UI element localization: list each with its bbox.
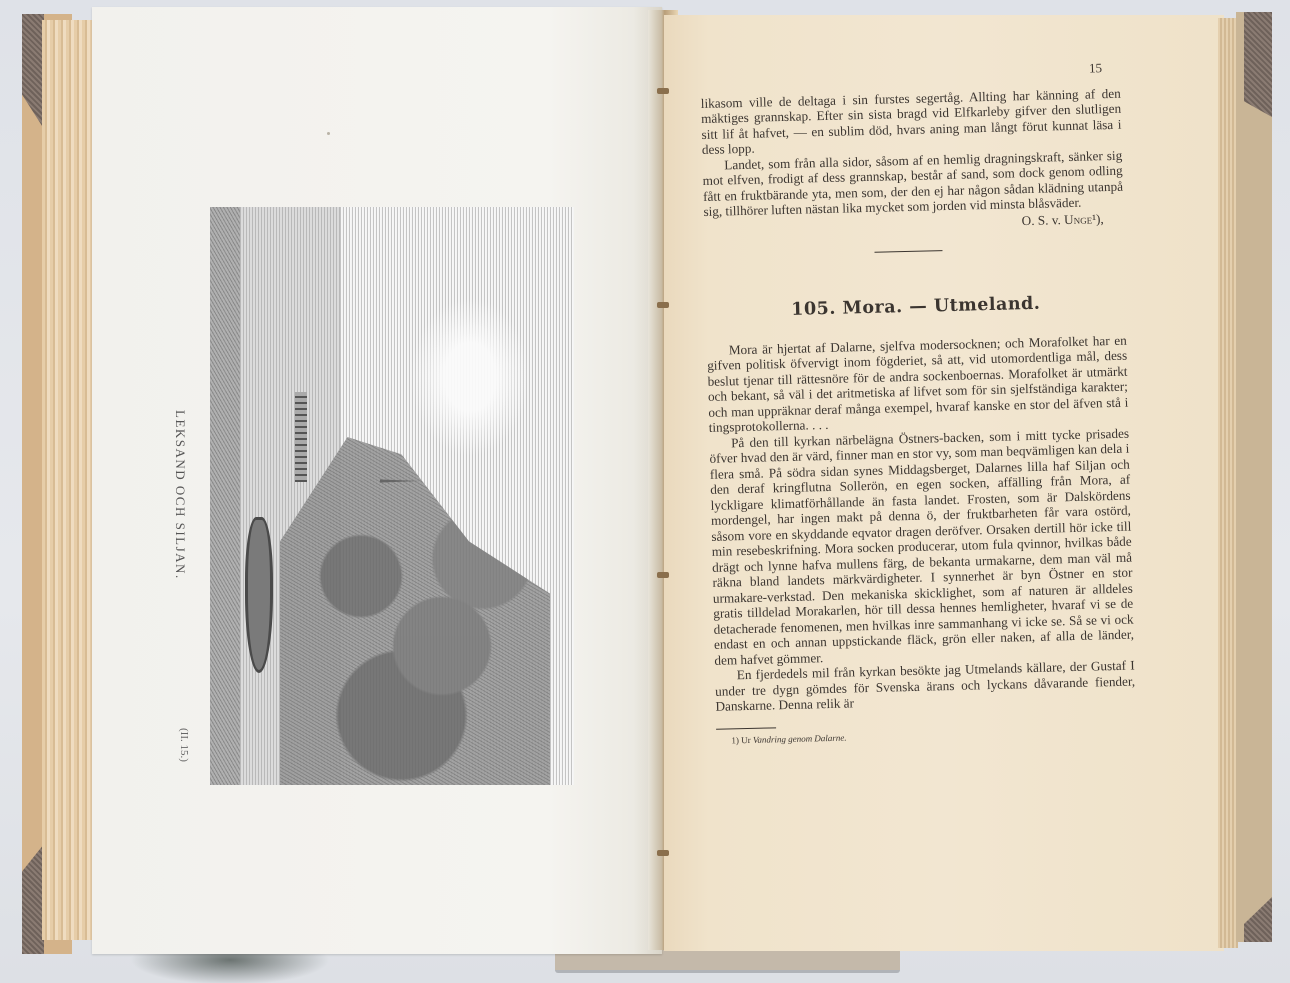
binding-stitch xyxy=(657,88,669,94)
engraving-boat xyxy=(245,517,273,673)
left-page-edges xyxy=(42,20,92,940)
paragraph: På den till kyrkan närbelägna Östners-ba… xyxy=(709,425,1135,668)
paragraph: Mora är hjertat af Dalarne, sjelfva mode… xyxy=(707,332,1129,435)
engraving-cloud xyxy=(410,297,530,457)
cloth-corner-bottom-left xyxy=(22,844,44,954)
signature-name: Unge xyxy=(1064,211,1092,227)
engraving-rowboat xyxy=(295,392,307,482)
footnote-ref: ¹), xyxy=(1092,211,1104,226)
section-divider xyxy=(874,250,942,253)
paragraph: Landet, som från alla sidor, såsom af en… xyxy=(702,147,1123,219)
cloth-corner-bottom-right xyxy=(1244,897,1272,942)
footnote-marker: 1) Ur xyxy=(731,734,753,745)
paragraph: En fjerdedels mil från kyrkan besökte ja… xyxy=(715,658,1136,715)
plate-reference: (II. 15.) xyxy=(170,728,190,768)
plate-caption: LEKSAND OCH SILJAN. xyxy=(166,410,188,580)
engraving-illustration xyxy=(210,207,574,785)
right-page-text: 15 likasom ville de deltaga i sin furste… xyxy=(700,60,1136,749)
section-heading: 105. Mora. — Utmeland. xyxy=(706,295,1126,321)
footnote-title: Vandring genom Dalarne. xyxy=(753,732,847,744)
intro-text: likasom ville de deltaga i sin furstes s… xyxy=(701,85,1124,219)
engraving-shore xyxy=(210,207,240,785)
cloth-corner-top-left xyxy=(22,14,44,129)
section-text: Mora är hjertat af Dalarne, sjelfva mode… xyxy=(707,332,1136,714)
paper-speck xyxy=(327,132,330,135)
right-page-edges xyxy=(1218,18,1238,948)
binding-stitch xyxy=(657,850,669,856)
footnote-rule xyxy=(716,727,776,729)
right-cover xyxy=(1236,12,1272,942)
cloth-corner-top-right xyxy=(1244,12,1272,117)
binding-stitch xyxy=(657,572,669,578)
signature-prefix: O. S. v. xyxy=(1022,212,1065,228)
paragraph: likasom ville de deltaga i sin furstes s… xyxy=(701,85,1122,157)
binding-stitch xyxy=(657,302,669,308)
